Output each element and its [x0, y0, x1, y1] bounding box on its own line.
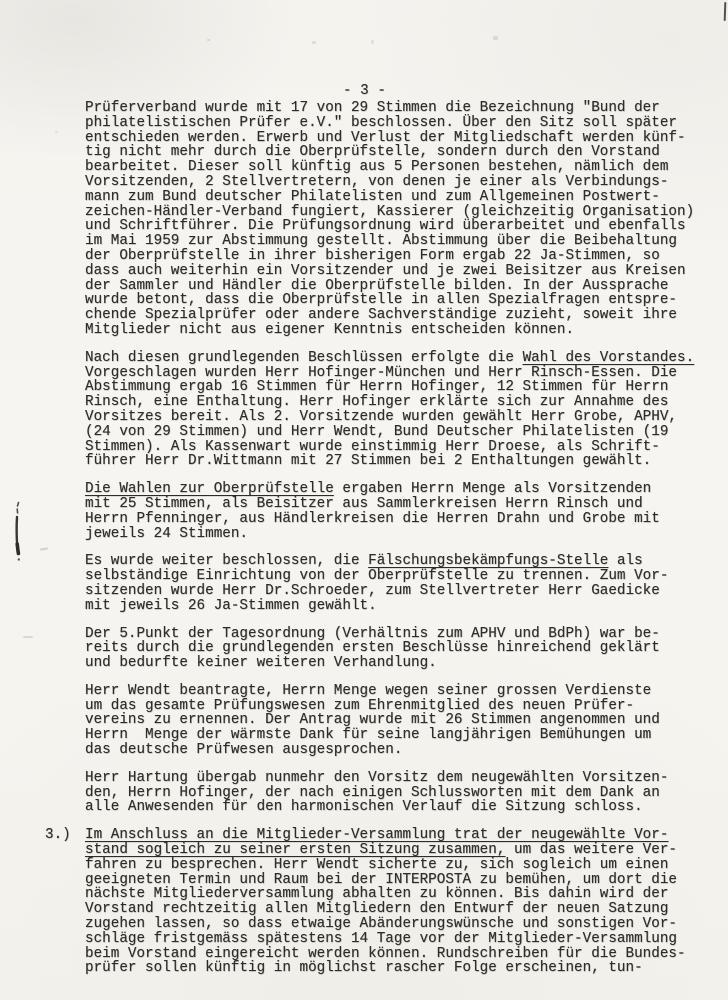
- text-line: und bedurfte keiner weiteren Verhandlung…: [85, 656, 710, 671]
- underlined-text: Fälschungsbekämpfungs-Stelle: [368, 553, 608, 569]
- text-line: alle Anwesenden für den harmonischen Ver…: [85, 800, 710, 815]
- text-line: fahren zu besprechen. Herr Wendt sichert…: [85, 858, 710, 873]
- text-segment: und bedurfte keiner weiteren Verhandlung…: [85, 655, 437, 671]
- text-line: dass auch weiterhin ein Vorsitzender und…: [85, 264, 710, 279]
- text-line: reits durch die grundlegenden ersten Bes…: [85, 641, 710, 656]
- text-line: Im Anschluss an die Mitglieder-Versammlu…: [85, 828, 710, 843]
- text-line: zugehen lassen, so dass etwaige Abänderu…: [85, 917, 710, 932]
- text-segment: Vorstand rechtzeitig allen Mitgliedern d…: [85, 901, 668, 917]
- text-segment: führer Herr Dr.Wittmann mit 27 Stimmen b…: [85, 453, 651, 469]
- text-segment: im Mai 1959 zur Abstimmung gestellt. Abs…: [85, 233, 677, 249]
- text-segment: schläge fristgemäss spätestens 14 Tage v…: [85, 931, 677, 947]
- text-segment: prüfer sollen künftig in möglichst rasch…: [85, 960, 643, 976]
- text-segment: Abstimmung ergab 16 Stimmen für Herrn Ho…: [85, 379, 668, 395]
- text-line: im Mai 1959 zur Abstimmung gestellt. Abs…: [85, 234, 710, 249]
- paper-speck: [371, 40, 374, 44]
- text-segment: (24 von 29 Stimmen) und Herr Wendt, Bund…: [85, 424, 668, 440]
- text-line: und Schriftführer. Die Prüfungsordnung w…: [85, 219, 710, 234]
- text-line: Es wurde weiter beschlossen, die Fälschu…: [85, 554, 710, 569]
- text-line: Rinsch, eine Enthaltung. Herr Hofinger e…: [85, 395, 710, 410]
- text-segment: philatelistischen Prüfer e.V." beschloss…: [85, 115, 677, 131]
- text-segment: Prüferverband wurde mit 17 von 29 Stimme…: [85, 100, 660, 116]
- text-segment: sitzenden wurde Herr Dr.Schroeder, zum S…: [85, 583, 660, 599]
- text-line: Abstimmung ergab 16 Stimmen für Herrn Ho…: [85, 380, 710, 395]
- text-line: Nach diesen grundlegenden Beschlüssen er…: [85, 351, 710, 366]
- text-line: philatelistischen Prüfer e.V." beschloss…: [85, 116, 710, 131]
- underlined-text: Wahl des Vorstandes.: [523, 350, 695, 366]
- text-segment: mann zum Bund deutscher Philatelisten un…: [85, 189, 660, 205]
- text-segment: um das weitere Ver-: [505, 842, 677, 858]
- text-segment: Es wurde weiter beschlossen, die: [85, 553, 368, 569]
- text-line: der Oberprüfstelle in ihrer bisherigen F…: [85, 249, 710, 264]
- text-line: Die Wahlen zur Oberprüfstelle ergaben He…: [85, 482, 710, 497]
- text-line: schläge fristgemäss spätestens 14 Tage v…: [85, 932, 710, 947]
- text-segment: alle Anwesenden für den harmonischen Ver…: [85, 799, 643, 815]
- text-segment: selbständige Einrichtung von der Oberprü…: [85, 568, 668, 584]
- text-segment: der Oberprüfstelle in ihrer bisherigen F…: [85, 248, 660, 264]
- text-segment: Mitglieder nicht aus eigener Kenntnis en…: [85, 322, 574, 338]
- text-line: stand sogleich zu seiner ersten Sitzung …: [85, 843, 710, 858]
- text-line: wurde betont, dass die Oberprüfstelle in…: [85, 293, 710, 308]
- text-segment: Rinsch, eine Enthaltung. Herr Hofinger e…: [85, 394, 668, 410]
- text-segment: mit 25 Stimmen, als Beisitzer aus Sammle…: [85, 496, 643, 512]
- text-segment: Vorsitzes bereit. Als 2. Vorsitzende wur…: [85, 409, 677, 425]
- paper-speck: [207, 39, 210, 41]
- paragraph-8: 3.)Im Anschluss an die Mitglieder-Versam…: [85, 828, 710, 976]
- text-segment: mit jeweils 26 Ja-Stimmen gewählt.: [85, 598, 377, 614]
- underlined-text: Die Wahlen zur Oberprüfstelle: [85, 481, 334, 497]
- text-line: selbständige Einrichtung von der Oberprü…: [85, 569, 710, 584]
- text-segment: jeweils 24 Stimmen.: [85, 526, 248, 542]
- text-line: führer Herr Dr.Wittmann mit 27 Stimmen b…: [85, 454, 710, 469]
- text-segment: zugehen lassen, so dass etwaige Abänderu…: [85, 916, 677, 932]
- text-line: Mitglieder nicht aus eigener Kenntnis en…: [85, 323, 710, 338]
- paragraph-1: Prüferverband wurde mit 17 von 29 Stimme…: [85, 101, 710, 338]
- text-line: Vorsitzes bereit. Als 2. Vorsitzende wur…: [85, 410, 710, 425]
- text-line: Herr Hartung übergab nunmehr den Vorsitz…: [85, 771, 710, 786]
- text-line: (24 von 29 Stimmen) und Herr Wendt, Bund…: [85, 425, 710, 440]
- text-line: chende Spezialprüfer oder andere Sachver…: [85, 308, 710, 323]
- document-body: Prüferverband wurde mit 17 von 29 Stimme…: [85, 101, 710, 976]
- text-segment: Vorsitzenden, 2 Stellvertretern, von den…: [85, 174, 668, 190]
- text-segment: fahren zu besprechen. Herr Wendt sichert…: [85, 857, 668, 873]
- underlined-text: Im Anschluss an die Mitglieder-Versammlu…: [85, 827, 668, 843]
- list-item-marker: 3.): [45, 828, 71, 843]
- scanned-document-page: - 3 - Prüferverband wurde mit 17 von 29 …: [0, 0, 728, 1000]
- paper-speck: [55, 131, 58, 133]
- paragraph-3: Die Wahlen zur Oberprüfstelle ergaben He…: [85, 482, 710, 541]
- ink-smudge: [23, 636, 33, 638]
- text-line: jeweils 24 Stimmen.: [85, 527, 710, 542]
- text-segment: wurde betont, dass die Oberprüfstelle in…: [85, 292, 677, 308]
- pen-arrow-mark: [6, 500, 32, 566]
- text-segment: Herr Wendt beantragte, Herrn Menge wegen…: [85, 683, 651, 699]
- text-line: Herr Wendt beantragte, Herrn Menge wegen…: [85, 684, 710, 699]
- text-line: das deutsche Prüfwesen ausgesprochen.: [85, 743, 710, 758]
- underlined-text: stand sogleich zu seiner ersten Sitzung …: [85, 842, 505, 858]
- text-segment: chende Spezialprüfer oder andere Sachver…: [85, 307, 677, 323]
- paragraph-7: Herr Hartung übergab nunmehr den Vorsitz…: [85, 771, 710, 815]
- text-segment: Herr Hartung übergab nunmehr den Vorsitz…: [85, 770, 668, 786]
- text-line: Vorstand rechtzeitig allen Mitgliedern d…: [85, 902, 710, 917]
- paragraph-4: Es wurde weiter beschlossen, die Fälschu…: [85, 554, 710, 613]
- text-segment: als: [608, 553, 642, 569]
- paragraph-6: Herr Wendt beantragte, Herrn Menge wegen…: [85, 684, 710, 758]
- paper-speck: [493, 36, 498, 40]
- text-line: bearbeitet. Dieser soll künftig aus 5 Pe…: [85, 160, 710, 175]
- text-segment: Nach diesen grundlegenden Beschlüssen er…: [85, 350, 523, 366]
- text-line: mit jeweils 26 Ja-Stimmen gewählt.: [85, 599, 710, 614]
- text-segment: tig nicht mehr durch die Oberprüfstelle,…: [85, 144, 660, 160]
- text-line: Herrn Menge der wärmste Dank für seine l…: [85, 728, 710, 743]
- text-line: Vorsitzenden, 2 Stellvertretern, von den…: [85, 175, 710, 190]
- paragraph-2: Nach diesen grundlegenden Beschlüssen er…: [85, 351, 710, 469]
- text-segment: das deutsche Prüfwesen ausgesprochen.: [85, 742, 402, 758]
- corner-scan-mark: [724, 2, 727, 21]
- text-line: mann zum Bund deutscher Philatelisten un…: [85, 190, 710, 205]
- text-segment: und Schriftführer. Die Prüfungsordnung w…: [85, 218, 686, 234]
- text-segment: ergaben Herrn Menge als Vorsitzenden: [334, 481, 651, 497]
- text-segment: dass auch weiterhin ein Vorsitzender und…: [85, 263, 686, 279]
- text-segment: reits durch die grundlegenden ersten Bes…: [85, 640, 660, 656]
- text-line: prüfer sollen künftig in möglichst rasch…: [85, 961, 710, 976]
- text-segment: bearbeitet. Dieser soll künftig aus 5 Pe…: [85, 159, 668, 175]
- paragraph-5: Der 5.Punkt der Tagesordnung (Verhältnis…: [85, 627, 710, 671]
- text-segment: Herrn Pfenninger, aus Händlerkreisen die…: [85, 511, 660, 527]
- ink-smudge: [40, 547, 48, 550]
- text-segment: Herrn Menge der wärmste Dank für seine l…: [85, 727, 651, 743]
- text-line: Herrn Pfenninger, aus Händlerkreisen die…: [85, 512, 710, 527]
- text-line: sitzenden wurde Herr Dr.Schroeder, zum S…: [85, 584, 710, 599]
- paper-speck: [312, 41, 316, 44]
- text-line: mit 25 Stimmen, als Beisitzer aus Sammle…: [85, 497, 710, 512]
- page-number: - 3 -: [343, 84, 386, 99]
- text-line: tig nicht mehr durch die Oberprüfstelle,…: [85, 145, 710, 160]
- text-line: Prüferverband wurde mit 17 von 29 Stimme…: [85, 101, 710, 116]
